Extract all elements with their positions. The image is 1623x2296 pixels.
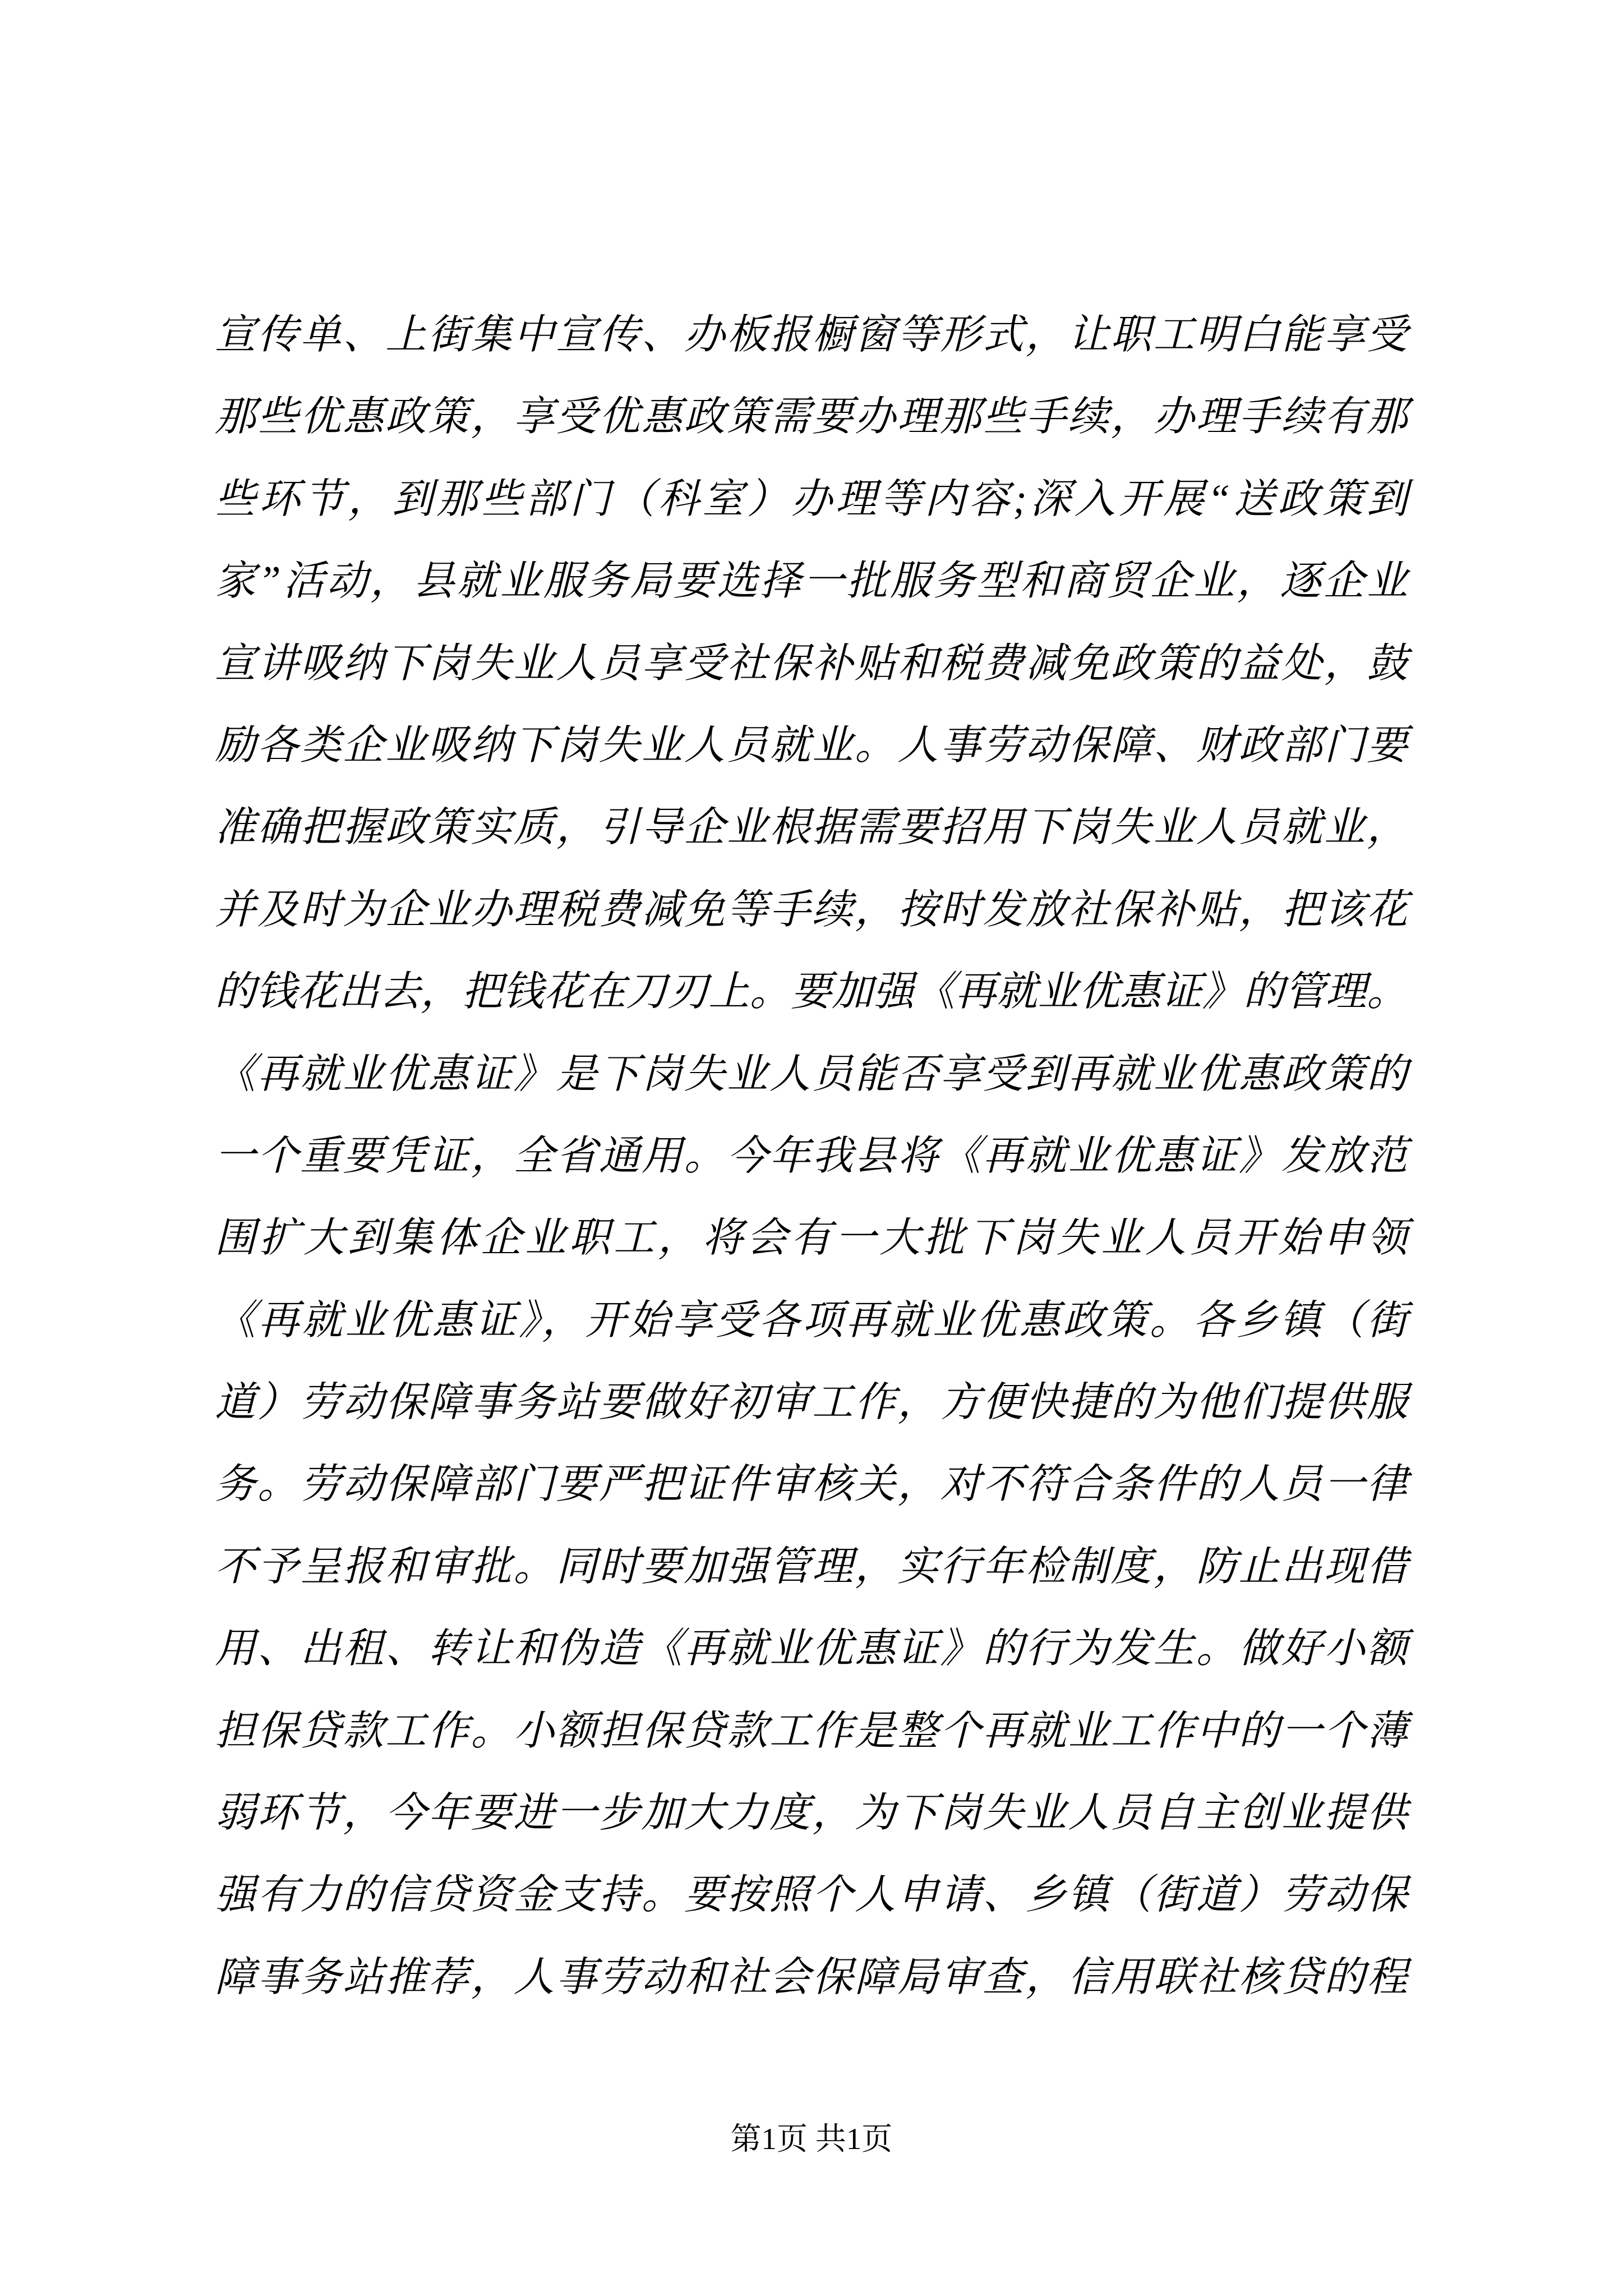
body-text-line: 宣讲吸纳下岗失业人员享受社保补贴和税费减免政策的益处，鼓 xyxy=(215,623,1408,705)
body-text-line: 务。劳动保障部门要严把证件审核关，对不符合条件的人员一律 xyxy=(215,1443,1408,1525)
body-text-line: 用、出租、转让和伪造《再就业优惠证》的行为发生。做好小额 xyxy=(215,1608,1408,1690)
body-text-line: 担保贷款工作。小额担保贷款工作是整个再就业工作中的一个薄 xyxy=(215,1690,1408,1772)
body-text-line: 围扩大到集体企业职工，将会有一大批下岗失业人员开始申领 xyxy=(215,1197,1408,1279)
body-text-line: 宣传单、上街集中宣传、办板报橱窗等形式，让职工明白能享受 xyxy=(215,294,1408,376)
body-text-line: 障事务站推荐，人事劳动和社会保障局审查，信用联社核贷的程 xyxy=(215,1936,1408,2018)
body-text-line: 并及时为企业办理税费减免等手续，按时发放社保补贴，把该花 xyxy=(215,869,1408,951)
body-text-line: 家”活动，县就业服务局要选择一批服务型和商贸企业，逐企业 xyxy=(215,540,1408,622)
body-text-line: 弱环节，今年要进一步加大力度，为下岗失业人员自主创业提供 xyxy=(215,1772,1408,1854)
body-text-block: 宣传单、上街集中宣传、办板报橱窗等形式，让职工明白能享受 那些优惠政策，享受优惠… xyxy=(215,294,1408,2018)
body-text-line: 道）劳动保障事务站要做好初审工作，方便快捷的为他们提供服 xyxy=(215,1361,1408,1443)
body-text-line: 那些优惠政策，享受优惠政策需要办理那些手续，办理手续有那 xyxy=(215,376,1408,458)
body-text-line: 一个重要凭证，全省通用。今年我县将《再就业优惠证》发放范 xyxy=(215,1115,1408,1197)
body-text-line: 《再就业优惠证》是下岗失业人员能否享受到再就业优惠政策的 xyxy=(215,1033,1408,1115)
document-page: 宣传单、上街集中宣传、办板报橱窗等形式，让职工明白能享受 那些优惠政策，享受优惠… xyxy=(0,0,1623,2296)
body-text-line: 些环节，到那些部门（科室）办理等内容;深入开展“送政策到 xyxy=(215,458,1408,540)
body-text-line: 不予呈报和审批。同时要加强管理，实行年检制度，防止出现借 xyxy=(215,1526,1408,1608)
body-text-line: 《再就业优惠证》，开始享受各项再就业优惠政策。各乡镇（街 xyxy=(215,1280,1408,1361)
page-number-footer: 第1页 共1页 xyxy=(0,2114,1623,2164)
body-text-line: 准确把握政策实质，引导企业根据需要招用下岗失业人员就业， xyxy=(215,786,1408,868)
body-text-line: 励各类企业吸纳下岗失业人员就业。人事劳动保障、财政部门要 xyxy=(215,705,1408,786)
body-text-line: 的钱花出去，把钱花在刀刃上。要加强《再就业优惠证》的管理。 xyxy=(215,951,1408,1033)
body-text-line: 强有力的信贷资金支持。要按照个人申请、乡镇（街道）劳动保 xyxy=(215,1854,1408,1936)
